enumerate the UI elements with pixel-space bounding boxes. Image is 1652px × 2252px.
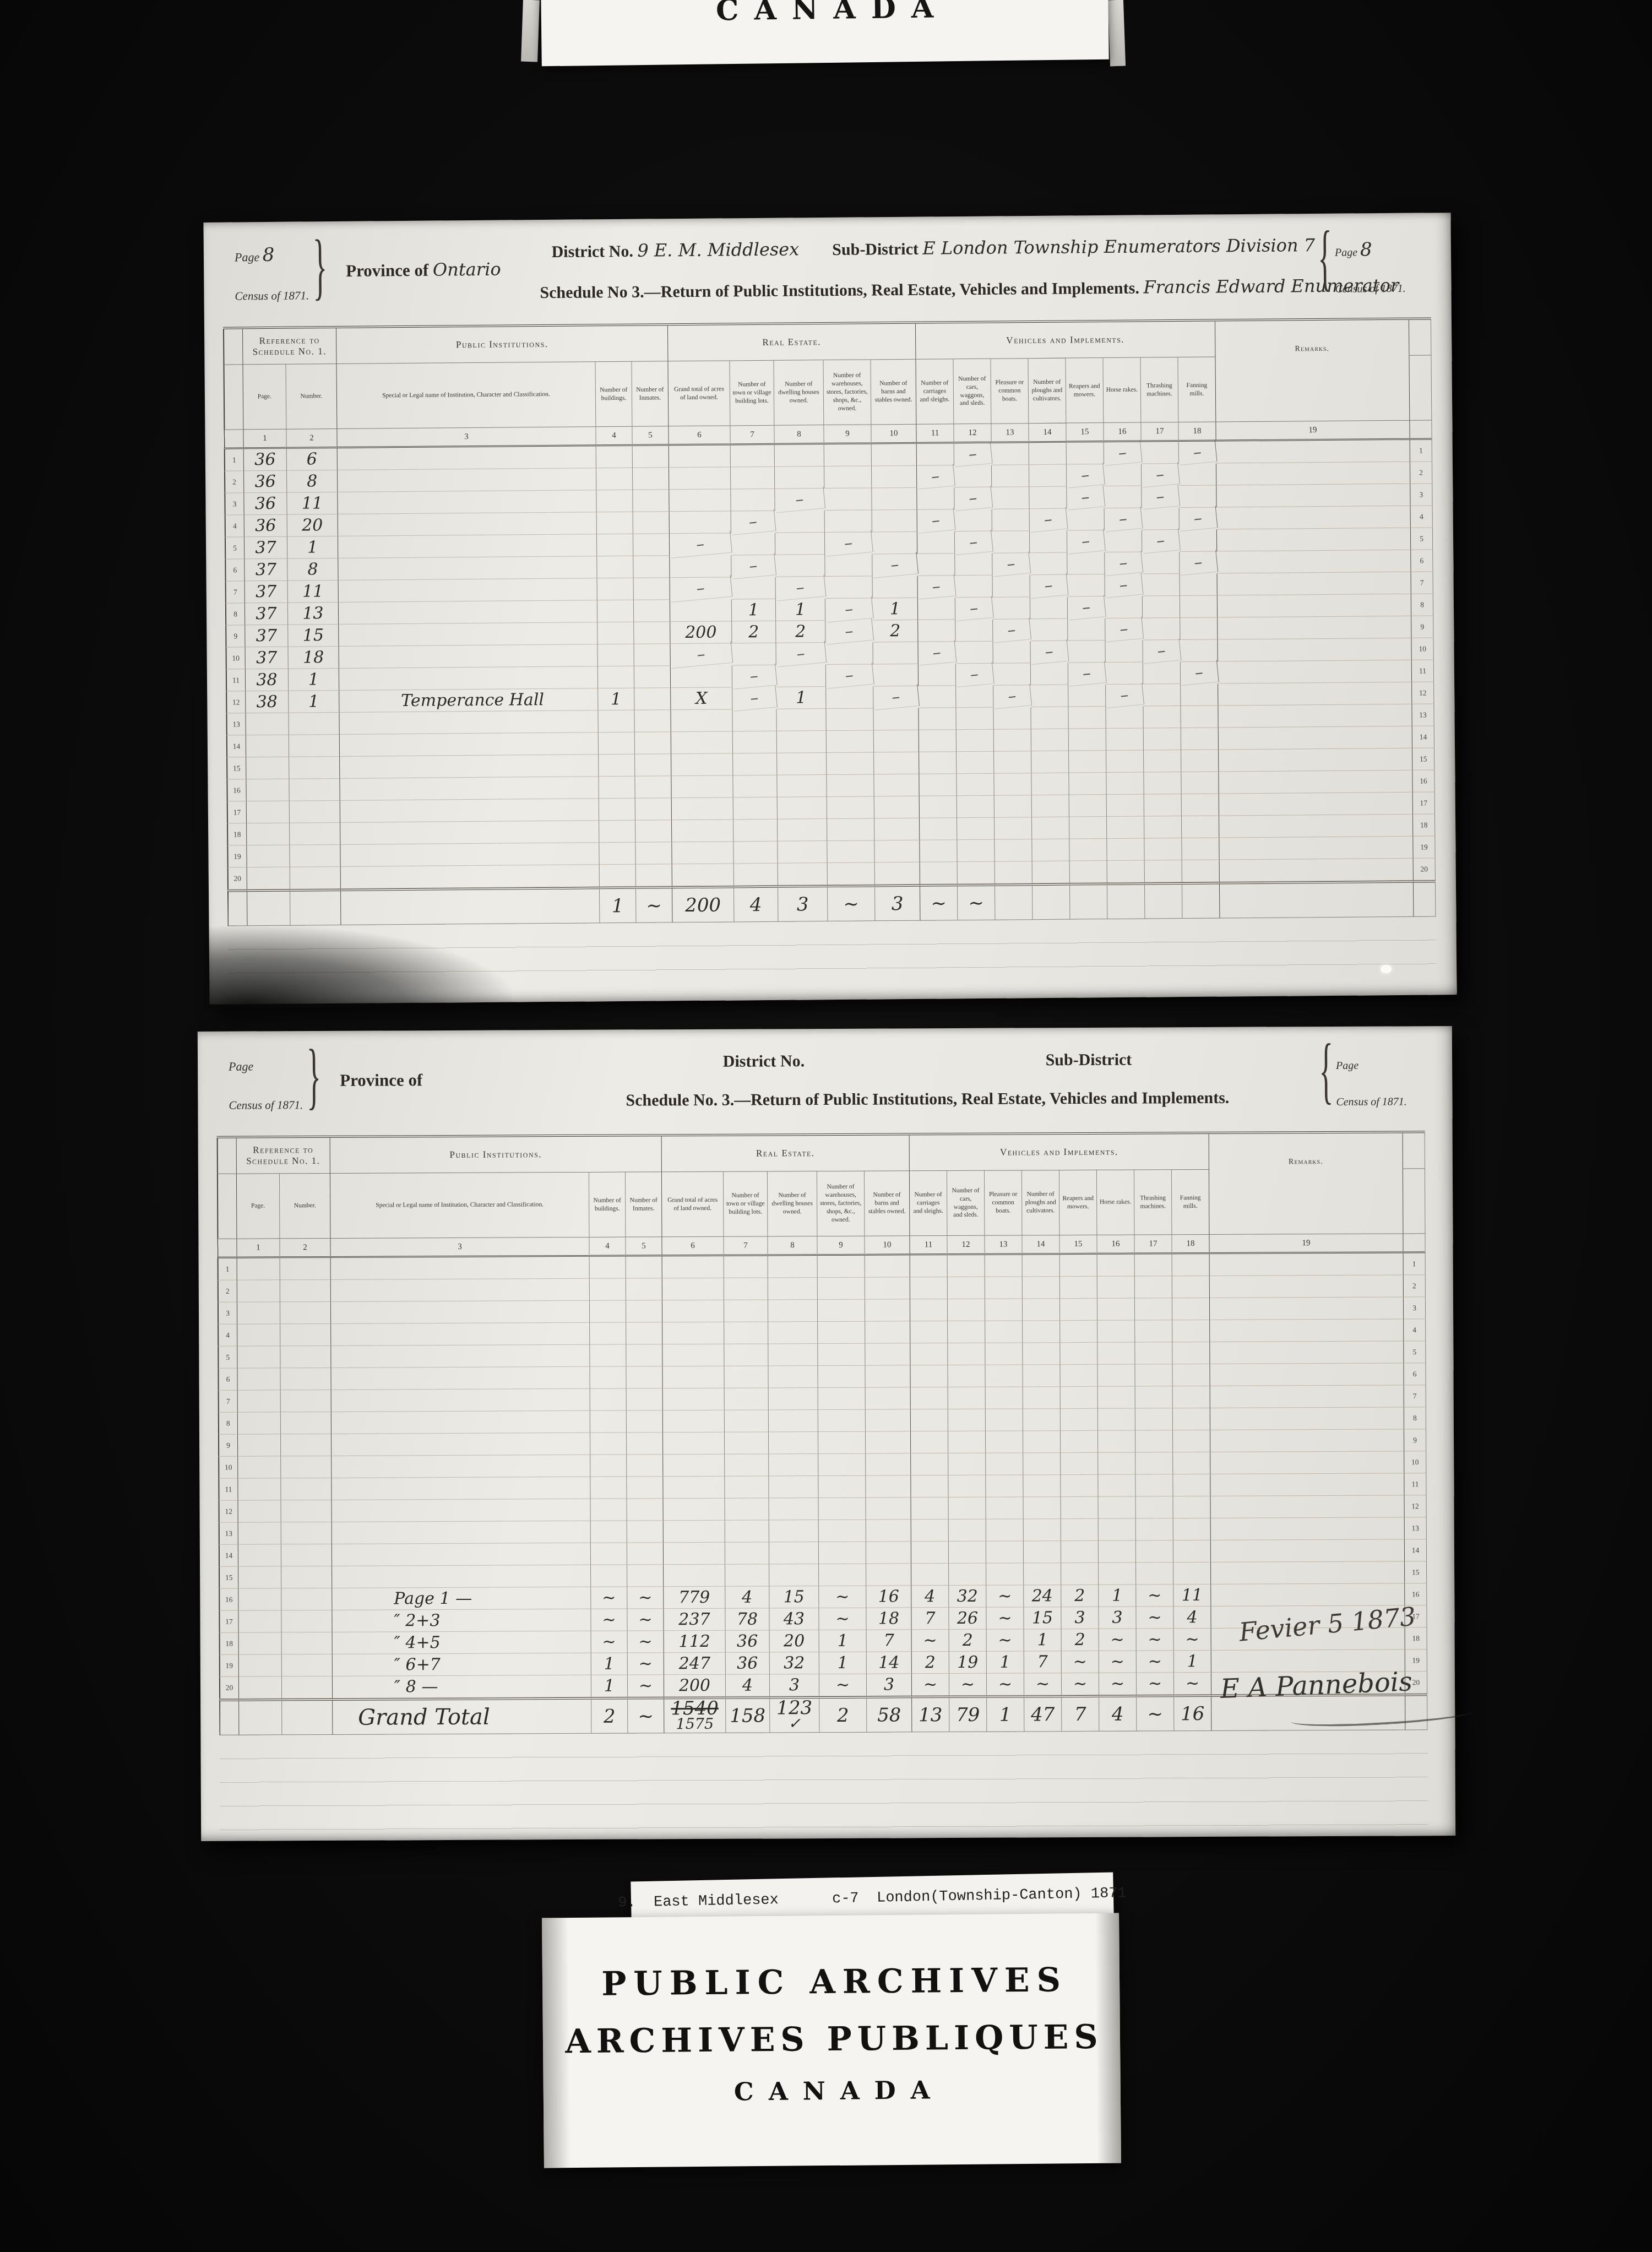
cell-col4 (596, 446, 633, 469)
column-number-7: 7 (730, 425, 774, 446)
cell-page (247, 823, 290, 846)
totals-page (247, 889, 291, 926)
row-number-left: 5 (218, 1347, 237, 1369)
cell-col10 (872, 466, 917, 489)
cell-col6 (663, 1410, 725, 1432)
cell-col12 (955, 576, 993, 598)
cell-number: 1 (289, 669, 339, 691)
cell-page (238, 1588, 281, 1610)
row-number-right: 3 (1410, 484, 1432, 506)
cell-page (246, 713, 289, 736)
cell-col5 (635, 842, 672, 865)
totals-col6: 200 (672, 886, 735, 922)
cell-institution-name (331, 1367, 590, 1390)
subdistrict-label: Sub-District (832, 240, 919, 259)
totals-col8: 123✓ (770, 1696, 819, 1733)
cell-col18 (1173, 1540, 1211, 1562)
column-number-10: 10 (865, 1235, 910, 1255)
totals-col5: ~ (628, 1697, 664, 1733)
cell-col12 (957, 752, 994, 774)
cell-col10 (865, 1255, 910, 1277)
cell-col11 (920, 796, 957, 818)
cell-col10 (874, 818, 920, 841)
cell-col13 (992, 531, 1030, 553)
cell-col11: – (916, 508, 955, 533)
row-number-right: 9 (1404, 1429, 1426, 1451)
cell-remarks (1219, 748, 1412, 772)
row-number-left: 14 (219, 1545, 238, 1567)
cell-number (290, 823, 340, 845)
cell-col17 (1144, 772, 1181, 795)
totals-col9: ~ (828, 884, 876, 921)
cell-col6 (671, 753, 733, 776)
cell-col16 (1097, 1255, 1135, 1277)
cell-col4 (590, 1411, 627, 1433)
cell-page (238, 1390, 281, 1412)
cell-col6: – (669, 575, 732, 603)
column-label-12: Number of cars, waggons, and sleds. (953, 359, 991, 424)
cell-number: 11 (288, 580, 339, 603)
cell-col4 (590, 1477, 627, 1499)
cell-col15 (1068, 707, 1106, 729)
row-number-right: 6 (1404, 1363, 1426, 1385)
cell-col6: 779 (664, 1587, 725, 1609)
cell-col12 (949, 1520, 986, 1542)
cell-col4 (597, 556, 633, 579)
totals-col16: 4 (1099, 1695, 1137, 1732)
cell-institution-name (332, 1521, 591, 1544)
cell-col16 (1099, 1563, 1136, 1585)
row-number-right: 6 (1411, 550, 1433, 572)
cell-number (281, 1412, 332, 1434)
cell-col6 (662, 1322, 724, 1344)
cell-institution-name (338, 468, 596, 492)
cell-col14 (1029, 487, 1067, 509)
cell-col17 (1144, 750, 1181, 773)
cell-col11 (911, 1431, 948, 1453)
cell-col10 (873, 576, 918, 599)
cell-col10 (866, 1542, 911, 1564)
cell-col16 (1098, 1431, 1135, 1453)
row-number-left: 7 (225, 581, 245, 603)
cell-col11 (910, 1255, 948, 1277)
cell-number (281, 1434, 332, 1456)
cell-col6 (664, 1543, 725, 1565)
column-label-19 (1209, 1168, 1404, 1234)
row-number-left: 19 (227, 845, 247, 867)
cell-col4 (590, 1433, 627, 1455)
row-number-left: 13 (226, 713, 246, 735)
row-number-left: 1 (218, 1258, 237, 1280)
cell-col5 (633, 534, 670, 556)
column-label-16: Horse rakes. (1103, 357, 1141, 423)
cell-col14 (1030, 619, 1068, 642)
cell-institution-name (331, 1345, 590, 1368)
cell-col4 (590, 1455, 627, 1477)
gutter-right (1403, 1133, 1425, 1168)
cell-number (281, 1588, 332, 1610)
cell-col9 (826, 686, 873, 709)
cell-page: 36 (244, 449, 287, 471)
column-label-13: Pleasure or common boats. (985, 1170, 1023, 1235)
row-number-right: 20 (1414, 858, 1436, 880)
cell-number (281, 1456, 332, 1478)
cell-col14 (1030, 531, 1067, 553)
cell-institution-name (339, 666, 598, 691)
cell-number (289, 713, 339, 735)
cell-col15: 3 (1061, 1607, 1099, 1629)
cell-col8 (777, 731, 827, 753)
cell-col14 (1031, 729, 1069, 752)
cell-col10 (866, 1387, 911, 1409)
cell-remarks (1218, 660, 1412, 684)
cell-col4 (599, 755, 635, 777)
cell-col14 (1023, 1299, 1060, 1321)
cell-col14 (1024, 1497, 1061, 1519)
cell-col18 (1173, 1430, 1210, 1452)
cell-col18 (1172, 1254, 1210, 1276)
column-number-5: 5 (632, 426, 669, 446)
cell-col6 (662, 1278, 724, 1300)
cell-col13 (993, 707, 1031, 730)
cell-number (281, 1544, 332, 1566)
row-number-right: 1 (1404, 1253, 1426, 1275)
cell-col7 (725, 1542, 769, 1564)
cell-col15 (1060, 1321, 1097, 1343)
cell-col6 (671, 731, 733, 754)
cell-col15: – (1066, 529, 1105, 554)
cell-col17: ~ (1137, 1629, 1174, 1651)
cell-col15: ~ (1062, 1673, 1099, 1695)
cell-remarks (1210, 1385, 1404, 1408)
cell-page (239, 1632, 282, 1654)
cell-col18 (1180, 639, 1218, 662)
group-vehicles-implements: Vehicles and Implements. (910, 1134, 1209, 1170)
cell-col12 (948, 1299, 985, 1321)
cell-col11 (911, 1564, 949, 1586)
cell-col7 (724, 1366, 768, 1388)
column-label-19 (1215, 355, 1410, 422)
cell-number (280, 1346, 331, 1368)
cell-col16 (1107, 817, 1144, 839)
cell-col13: ~ (986, 1607, 1024, 1629)
cell-col9 (818, 1410, 866, 1432)
cell-col14 (1031, 751, 1069, 774)
cell-col17 (1135, 1408, 1173, 1430)
subdistrict-handwritten: E London Township Enumerators Division 7 (922, 235, 1315, 259)
column-label-11: Number of carriages and sleighs. (916, 359, 954, 424)
gutter-right (1403, 1168, 1426, 1233)
cell-col7 (732, 577, 776, 600)
cell-col11 (917, 553, 955, 576)
column-label-18: Fanning mills. (1172, 1169, 1210, 1234)
cell-institution-name: ″ 8 — (333, 1675, 591, 1699)
gutter-left (224, 429, 243, 449)
cell-col13 (992, 443, 1029, 465)
cell-col16 (1098, 1409, 1135, 1431)
column-label-5: Number of Inmates. (632, 361, 669, 426)
cell-col15: – (1067, 661, 1106, 686)
cell-institution-name: ″ 6+7 (333, 1653, 591, 1676)
cell-institution-name (331, 1279, 590, 1302)
cell-col18: – (1179, 550, 1218, 576)
gutter-left (219, 1699, 239, 1735)
cell-col4: 1 (598, 688, 634, 711)
cell-col5 (634, 644, 670, 666)
column-number-6: 6 (662, 1236, 724, 1256)
cell-col11 (911, 1387, 948, 1409)
province-handwritten: Ontario (433, 259, 501, 280)
cell-col8 (769, 1454, 818, 1476)
cell-institution-name: Page 1 — (332, 1587, 591, 1610)
cell-col10 (865, 1343, 910, 1365)
cell-col13: – (992, 617, 1031, 643)
cell-col15 (1060, 1277, 1097, 1299)
cell-col15 (1060, 1299, 1097, 1321)
cell-institution-name (340, 799, 599, 823)
cell-col9 (819, 1520, 866, 1542)
cell-col15 (1061, 1387, 1098, 1409)
cell-col16 (1098, 1387, 1135, 1409)
row-number-left: 17 (227, 801, 247, 823)
cell-col7 (733, 731, 777, 754)
cell-col10 (872, 444, 917, 466)
cell-col13 (986, 1497, 1024, 1519)
cell-col7 (731, 445, 775, 468)
cell-col7 (725, 1564, 769, 1586)
gutter-left (227, 889, 248, 926)
column-label-16: Horse rakes. (1097, 1170, 1135, 1235)
row-number-right: 10 (1411, 638, 1433, 660)
cell-institution-name (331, 1301, 590, 1324)
totals-col4: 1 (600, 887, 637, 924)
cell-institution-name (331, 1257, 590, 1280)
cell-col15 (1069, 839, 1107, 861)
cell-col6 (671, 775, 733, 798)
schedule-title: Schedule No 3.—Return of Public Institut… (540, 279, 1139, 302)
row-number-right: 5 (1404, 1341, 1426, 1363)
cell-number (281, 1610, 332, 1632)
cell-number: 11 (287, 492, 338, 515)
cell-col18 (1173, 1452, 1210, 1474)
cell-institution-name (338, 490, 596, 514)
column-label-7: Number of town or village building lots. (724, 1171, 768, 1236)
row-number-left: 12 (219, 1501, 238, 1523)
cell-page (238, 1610, 281, 1632)
cell-col5 (635, 776, 671, 799)
cell-col10 (874, 774, 919, 797)
column-label-3: Special or Legal name of Institution, Ch… (336, 361, 596, 428)
row-number-right: 15 (1412, 748, 1434, 770)
cell-col15 (1061, 1563, 1099, 1585)
cell-col15: – (1066, 485, 1105, 510)
header-center: District No. Sub-District Schedule No. 3… (534, 1048, 1321, 1110)
cell-col10 (865, 1321, 910, 1343)
cell-col12: – (954, 596, 993, 621)
cell-col13 (993, 575, 1030, 598)
cell-number (280, 1258, 331, 1280)
cell-col18 (1179, 485, 1216, 508)
cell-number (289, 735, 340, 757)
cell-col10: 3 (867, 1674, 912, 1696)
cell-col13 (995, 861, 1032, 884)
cell-col18 (1173, 1474, 1210, 1496)
cell-col6: 237 (664, 1609, 725, 1631)
column-number-1: 1 (237, 1238, 280, 1258)
cell-col18 (1173, 1496, 1211, 1518)
cell-col9: ~ (819, 1674, 867, 1696)
cell-institution-name (338, 556, 597, 580)
cell-col7 (731, 533, 775, 556)
cell-col18 (1182, 860, 1220, 882)
cell-col14 (1023, 1343, 1060, 1365)
cell-col13: ~ (987, 1673, 1024, 1695)
cell-number (281, 1390, 332, 1412)
cell-page (246, 779, 289, 802)
cell-col15: – (1067, 595, 1106, 620)
cell-col10: 16 (866, 1586, 911, 1608)
brace-glyph: { (1317, 214, 1332, 300)
cell-col15 (1061, 1431, 1098, 1453)
cell-col9 (824, 466, 872, 489)
cell-institution-name (340, 821, 599, 845)
cell-remarks (1216, 484, 1410, 508)
cell-col14 (1030, 553, 1067, 576)
cell-col14 (1032, 839, 1069, 862)
totals-col10: 3 (875, 884, 921, 921)
cell-col5 (627, 1543, 664, 1565)
row-number-left: 6 (218, 1369, 237, 1391)
totals-col15: 7 (1062, 1695, 1099, 1732)
cell-col6 (669, 489, 731, 512)
totals-col5: ~ (636, 886, 673, 923)
cell-col5 (635, 820, 672, 843)
cell-col10 (872, 488, 917, 511)
row-number-right: 11 (1404, 1473, 1426, 1495)
cell-number (280, 1280, 331, 1302)
cell-col11 (910, 1321, 948, 1343)
cell-col17 (1135, 1298, 1172, 1320)
column-number-14: 14 (1022, 1235, 1059, 1255)
cell-col18 (1180, 573, 1218, 596)
row-number-left: 2 (218, 1280, 237, 1303)
cell-col15 (1061, 1497, 1099, 1519)
column-number-19: 19 (1216, 420, 1410, 442)
cell-col6 (672, 797, 733, 820)
cell-col9 (824, 444, 872, 466)
cell-col12 (955, 642, 993, 664)
totals-col12: 79 (949, 1696, 987, 1732)
totals-col16 (1107, 883, 1145, 920)
cell-col5: ~ (628, 1631, 664, 1653)
cell-col5 (627, 1410, 663, 1432)
cell-col18 (1172, 1320, 1210, 1342)
cell-institution-name (338, 512, 597, 536)
cell-col9 (827, 730, 874, 753)
cell-col12 (956, 708, 993, 730)
cell-col13 (985, 1321, 1023, 1343)
totals-col18: 16 (1174, 1695, 1211, 1731)
cell-col18 (1172, 1342, 1210, 1364)
cell-col8 (778, 841, 827, 864)
cell-col10: 2 (873, 620, 918, 643)
row-number-left: 1 (224, 449, 244, 471)
cell-col5 (626, 1256, 662, 1278)
cell-number (290, 867, 341, 889)
cell-col5: ~ (627, 1587, 664, 1609)
cell-col16 (1097, 1299, 1135, 1321)
cell-col17 (1143, 574, 1180, 596)
cell-col15 (1070, 861, 1107, 883)
cell-col13 (986, 1453, 1023, 1475)
cell-col16: – (1105, 617, 1144, 642)
province-label: Province of (346, 261, 428, 280)
cell-col9: 1 (819, 1630, 867, 1652)
row-number-left: 10 (226, 647, 246, 669)
cell-col13: ~ (986, 1585, 1024, 1607)
row-number-right: 10 (1404, 1451, 1426, 1473)
cell-col5 (626, 1300, 662, 1322)
cell-col8 (775, 555, 825, 577)
cell-col14 (1031, 663, 1068, 686)
column-number-4: 4 (596, 426, 632, 447)
cell-col8 (768, 1366, 818, 1388)
cell-col16: – (1103, 441, 1142, 466)
cell-col4 (590, 1257, 626, 1279)
cell-col6 (671, 665, 732, 688)
page-block-right: Page Census of 1871. (1336, 1051, 1427, 1109)
page-label: Page (235, 250, 259, 264)
cell-institution-name (332, 1477, 590, 1500)
cell-col7 (725, 1388, 769, 1410)
cell-col13 (986, 1475, 1023, 1497)
cell-col4 (590, 1345, 626, 1367)
cell-col8 (776, 665, 826, 687)
cell-col9 (825, 642, 873, 665)
column-number-18: 18 (1178, 421, 1216, 442)
column-number-15: 15 (1066, 422, 1104, 443)
cell-col14 (1023, 1277, 1060, 1299)
cell-col8 (769, 1542, 819, 1564)
cell-col8: 32 (770, 1652, 819, 1674)
cell-col8 (769, 1564, 819, 1586)
cell-col10: 14 (867, 1652, 912, 1674)
cell-col16: – (1104, 507, 1143, 532)
cell-remarks (1217, 550, 1411, 574)
column-label-10: Number of barns and stables owned. (865, 1170, 910, 1235)
cell-col17 (1144, 794, 1182, 817)
cell-col14 (1030, 597, 1068, 620)
cell-col17: ~ (1137, 1651, 1174, 1673)
cell-col8 (768, 1278, 818, 1300)
cell-col10: – (872, 552, 919, 578)
cell-col4 (591, 1499, 627, 1521)
cell-col11 (920, 840, 957, 862)
cell-col9 (818, 1454, 866, 1476)
cell-col12 (957, 730, 994, 752)
cell-page (237, 1302, 280, 1324)
cell-col7 (733, 820, 778, 842)
row-number-right: 3 (1404, 1297, 1426, 1319)
cell-col12 (957, 840, 995, 862)
cell-number: 13 (288, 603, 339, 625)
cell-col14 (1031, 707, 1068, 730)
row-number-right: 12 (1405, 1495, 1427, 1517)
cell-page (237, 1368, 280, 1390)
column-label-7: Number of town or village building lots. (730, 360, 774, 426)
column-label-18: Fanning mills. (1178, 356, 1216, 422)
group-remarks: Remarks. (1209, 1133, 1403, 1169)
